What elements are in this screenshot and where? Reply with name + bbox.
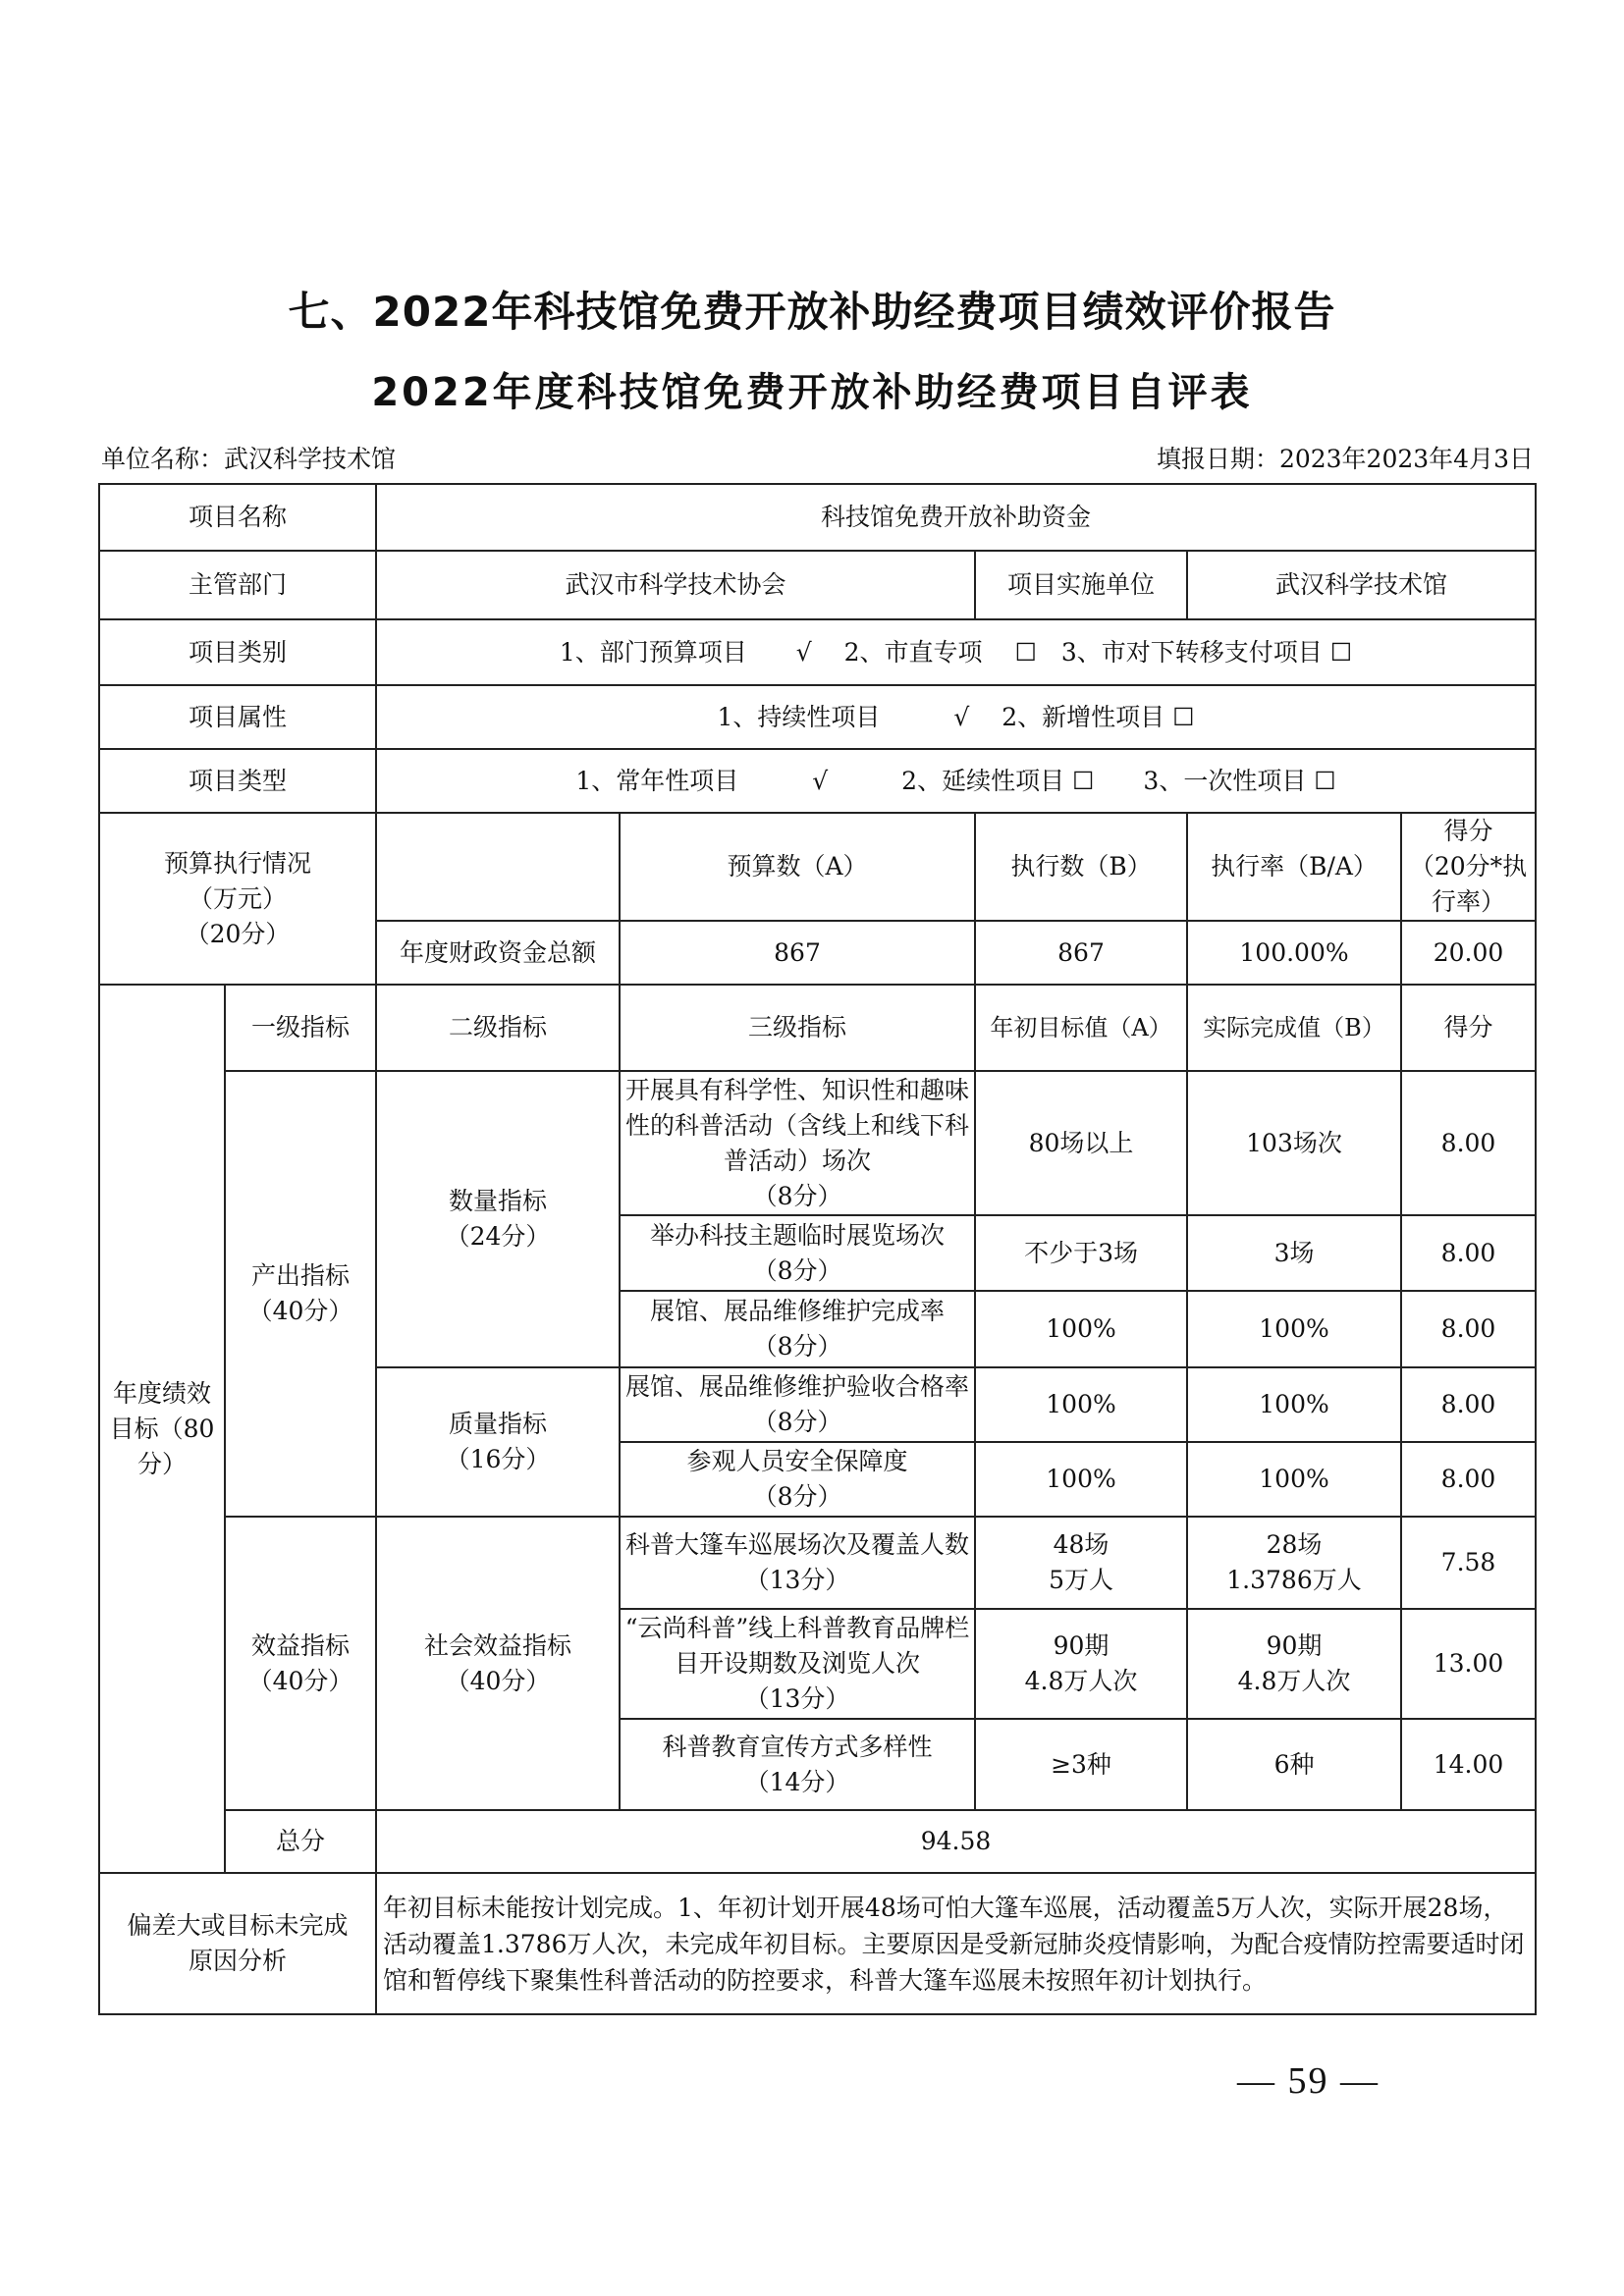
row-budget-header: 预算执行情况 （万元） （20分） 预算数（A） 执行数（B） 执行率（B/A）… bbox=[99, 813, 1536, 921]
budget-col-exec: 执行数（B） bbox=[975, 813, 1187, 921]
indicator-row: 效益指标 （40分） 社会效益指标 （40分） 科普大篷车巡展场次及覆盖人数（1… bbox=[99, 1517, 1536, 1609]
indicator-name: 展馆、展品维修维护验收合格率（8分） bbox=[620, 1367, 975, 1442]
budget-row-label: 年度财政资金总额 bbox=[376, 921, 620, 985]
row-category: 项目类别 1、部门预算项目 √ 2、市直专项 ☐ 3、市对下转移支付项目 ☐ bbox=[99, 619, 1536, 685]
total-label: 总分 bbox=[225, 1810, 376, 1873]
indicator-target: 100% bbox=[975, 1291, 1187, 1367]
header-level2: 二级指标 bbox=[376, 985, 620, 1071]
indicator-target: 不少于3场 bbox=[975, 1215, 1187, 1291]
indicator-name: 科普大篷车巡展场次及覆盖人数（13分） bbox=[620, 1517, 975, 1609]
indicator-name: “云尚科普”线上科普教育品牌栏目开设期数及浏览人次 （13分） bbox=[620, 1609, 975, 1719]
indicator-target: 80场以上 bbox=[975, 1071, 1187, 1215]
header-level1: 一级指标 bbox=[225, 985, 376, 1071]
type-value: 1、常年性项目 √ 2、延续性项目 ☐ 3、一次性项目 ☐ bbox=[376, 749, 1536, 813]
budget-col-budget: 预算数（A） bbox=[620, 813, 975, 921]
header-level3: 三级指标 bbox=[620, 985, 975, 1071]
indicator-name: 参观人员安全保障度 （8分） bbox=[620, 1442, 975, 1517]
fill-date: 填报日期：2023年2023年4月3日 bbox=[1157, 440, 1534, 475]
indicator-target: 100% bbox=[975, 1367, 1187, 1442]
budget-blank bbox=[376, 813, 620, 921]
self-evaluation-table: 项目名称 科技馆免费开放补助资金 主管部门 武汉市科学技术协会 项目实施单位 武… bbox=[98, 483, 1537, 2015]
indicator-target: 90期 4.8万人次 bbox=[975, 1609, 1187, 1719]
dept-label: 主管部门 bbox=[99, 551, 376, 619]
indicator-actual: 28场 1.3786万人 bbox=[1187, 1517, 1401, 1609]
indicator-actual: 100% bbox=[1187, 1291, 1401, 1367]
row-type: 项目类型 1、常年性项目 √ 2、延续性项目 ☐ 3、一次性项目 ☐ bbox=[99, 749, 1536, 813]
type-label: 项目类型 bbox=[99, 749, 376, 813]
annual-goal-label: 年度绩效 目标（80 分） bbox=[99, 985, 225, 1873]
header-actual: 实际完成值（B） bbox=[1187, 985, 1401, 1071]
row-project-name: 项目名称 科技馆免费开放补助资金 bbox=[99, 484, 1536, 551]
indicator-target: ≥3种 bbox=[975, 1719, 1187, 1810]
table-title: 2022年度科技馆免费开放补助经费项目自评表 bbox=[0, 361, 1624, 417]
quantity-indicator-label: 数量指标 （24分） bbox=[376, 1071, 620, 1367]
indicator-score: 8.00 bbox=[1401, 1291, 1536, 1367]
indicator-name: 展馆、展品维修维护完成率 （8分） bbox=[620, 1291, 975, 1367]
budget-col-score: 得分 （20分*执行率） bbox=[1401, 813, 1536, 921]
indicator-target: 48场 5万人 bbox=[975, 1517, 1187, 1609]
project-name-label: 项目名称 bbox=[99, 484, 376, 551]
social-benefit-label: 社会效益指标 （40分） bbox=[376, 1517, 620, 1810]
indicator-row: 产出指标 （40分） 数量指标 （24分） 开展具有科学性、知识性和趣味性的科普… bbox=[99, 1071, 1536, 1215]
page-number: — 59 — bbox=[1237, 2059, 1380, 2103]
indicator-name: 开展具有科学性、知识性和趣味性的科普活动（含线上和线下科普活动）场次 （8分） bbox=[620, 1071, 975, 1215]
rate-value: 100.00% bbox=[1187, 921, 1401, 985]
row-deviation: 偏差大或目标未完成 原因分析 年初目标未能按计划完成。1、年初计划开展48场可怕… bbox=[99, 1873, 1536, 2014]
indicator-actual: 6种 bbox=[1187, 1719, 1401, 1810]
project-name-value: 科技馆免费开放补助资金 bbox=[376, 484, 1536, 551]
indicator-score: 14.00 bbox=[1401, 1719, 1536, 1810]
row-indicator-header: 年度绩效 目标（80 分） 一级指标 二级指标 三级指标 年初目标值（A） 实际… bbox=[99, 985, 1536, 1071]
dept-value: 武汉市科学技术协会 bbox=[376, 551, 975, 619]
indicator-score: 8.00 bbox=[1401, 1215, 1536, 1291]
attribute-value: 1、持续性项目 √ 2、新增性项目 ☐ bbox=[376, 685, 1536, 749]
header-score: 得分 bbox=[1401, 985, 1536, 1071]
row-total: 总分 94.58 bbox=[99, 1810, 1536, 1873]
indicator-score: 8.00 bbox=[1401, 1442, 1536, 1517]
indicator-actual: 100% bbox=[1187, 1367, 1401, 1442]
indicator-name: 科普教育宣传方式多样性 （14分） bbox=[620, 1719, 975, 1810]
indicator-name: 举办科技主题临时展览场次 （8分） bbox=[620, 1215, 975, 1291]
exec-value: 867 bbox=[975, 921, 1187, 985]
budget-score-value: 20.00 bbox=[1401, 921, 1536, 985]
indicator-score: 13.00 bbox=[1401, 1609, 1536, 1719]
output-indicator-label: 产出指标 （40分） bbox=[225, 1071, 376, 1517]
total-value: 94.58 bbox=[376, 1810, 1536, 1873]
impl-unit-label: 项目实施单位 bbox=[975, 551, 1187, 619]
budget-label: 预算执行情况 （万元） （20分） bbox=[99, 813, 376, 985]
budget-value: 867 bbox=[620, 921, 975, 985]
deviation-text: 年初目标未能按计划完成。1、年初计划开展48场可怕大篷车巡展，活动覆盖5万人次，… bbox=[376, 1873, 1536, 2014]
budget-col-rate: 执行率（B/A） bbox=[1187, 813, 1401, 921]
row-department: 主管部门 武汉市科学技术协会 项目实施单位 武汉科学技术馆 bbox=[99, 551, 1536, 619]
row-attribute: 项目属性 1、持续性项目 √ 2、新增性项目 ☐ bbox=[99, 685, 1536, 749]
budget-col-budget-text: 预算数（A） bbox=[727, 852, 867, 881]
indicator-actual: 100% bbox=[1187, 1442, 1401, 1517]
indicator-actual: 90期 4.8万人次 bbox=[1187, 1609, 1401, 1719]
indicator-actual: 103场次 bbox=[1187, 1071, 1401, 1215]
impl-unit-value: 武汉科学技术馆 bbox=[1187, 551, 1536, 619]
quality-indicator-label: 质量指标 （16分） bbox=[376, 1367, 620, 1517]
category-value: 1、部门预算项目 √ 2、市直专项 ☐ 3、市对下转移支付项目 ☐ bbox=[376, 619, 1536, 685]
benefit-indicator-label: 效益指标 （40分） bbox=[225, 1517, 376, 1810]
indicator-target: 100% bbox=[975, 1442, 1187, 1517]
attribute-label: 项目属性 bbox=[99, 685, 376, 749]
indicator-actual: 3场 bbox=[1187, 1215, 1401, 1291]
category-label: 项目类别 bbox=[99, 619, 376, 685]
unit-name: 单位名称：武汉科学技术馆 bbox=[101, 440, 396, 475]
report-title: 七、2022年科技馆免费开放补助经费项目绩效评价报告 bbox=[0, 280, 1624, 339]
indicator-score: 7.58 bbox=[1401, 1517, 1536, 1609]
indicator-score: 8.00 bbox=[1401, 1071, 1536, 1215]
deviation-label: 偏差大或目标未完成 原因分析 bbox=[99, 1873, 376, 2014]
indicator-score: 8.00 bbox=[1401, 1367, 1536, 1442]
header-target: 年初目标值（A） bbox=[975, 985, 1187, 1071]
